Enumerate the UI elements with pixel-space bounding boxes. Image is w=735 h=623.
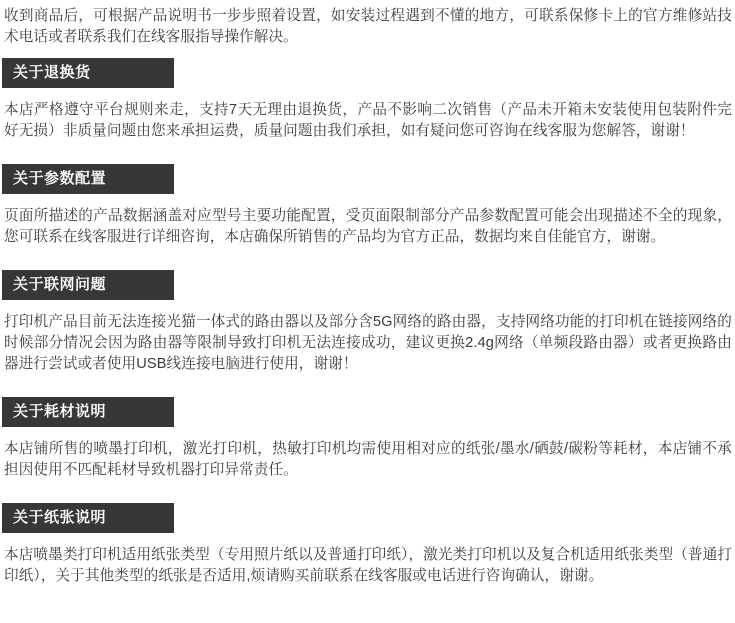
product-notes-page: 收到商品后，可根据产品说明书一步步照着设置，如安装过程遇到不懂的地方，可联系保修… (0, 0, 735, 623)
section-header-consumables: 关于耗材说明 (2, 397, 174, 427)
section-paper: 关于纸张说明 本店喷墨类打印机适用纸张类型（专用照片纸以及普通打印纸），激光类打… (3, 503, 732, 587)
section-network: 关于联网问题 打印机产品目前无法连接光猫一体式的路由器以及部分含5G网络的路由器… (3, 270, 732, 375)
section-body-paper: 本店喷墨类打印机适用纸张类型（专用照片纸以及普通打印纸），激光类打印机以及复合机… (4, 545, 732, 587)
setup-help-paragraph: 收到商品后，可根据产品说明书一步步照着设置，如安装过程遇到不懂的地方，可联系保修… (4, 6, 732, 48)
section-body-returns: 本店严格遵守平台规则来走，支持7天无理由退换货，产品不影响二次销售（产品未开箱未… (4, 100, 732, 142)
section-header-network: 关于联网问题 (2, 270, 174, 300)
section-body-consumables: 本店铺所售的喷墨打印机，激光打印机，热敏打印机均需使用相对应的纸张/墨水/硒鼓/… (4, 439, 732, 481)
section-body-network: 打印机产品目前无法连接光猫一体式的路由器以及部分含5G网络的路由器，支持网络功能… (4, 312, 732, 375)
section-header-paper: 关于纸张说明 (2, 503, 174, 533)
section-specs: 关于参数配置 页面所描述的产品数据涵盖对应型号主要功能配置，受页面限制部分产品参… (3, 164, 732, 248)
section-consumables: 关于耗材说明 本店铺所售的喷墨打印机，激光打印机，热敏打印机均需使用相对应的纸张… (3, 397, 732, 481)
section-header-returns: 关于退换货 (2, 58, 174, 88)
section-header-specs: 关于参数配置 (2, 164, 174, 194)
section-body-specs: 页面所描述的产品数据涵盖对应型号主要功能配置，受页面限制部分产品参数配置可能会出… (4, 206, 732, 248)
section-returns: 关于退换货 本店严格遵守平台规则来走，支持7天无理由退换货，产品不影响二次销售（… (3, 58, 732, 142)
